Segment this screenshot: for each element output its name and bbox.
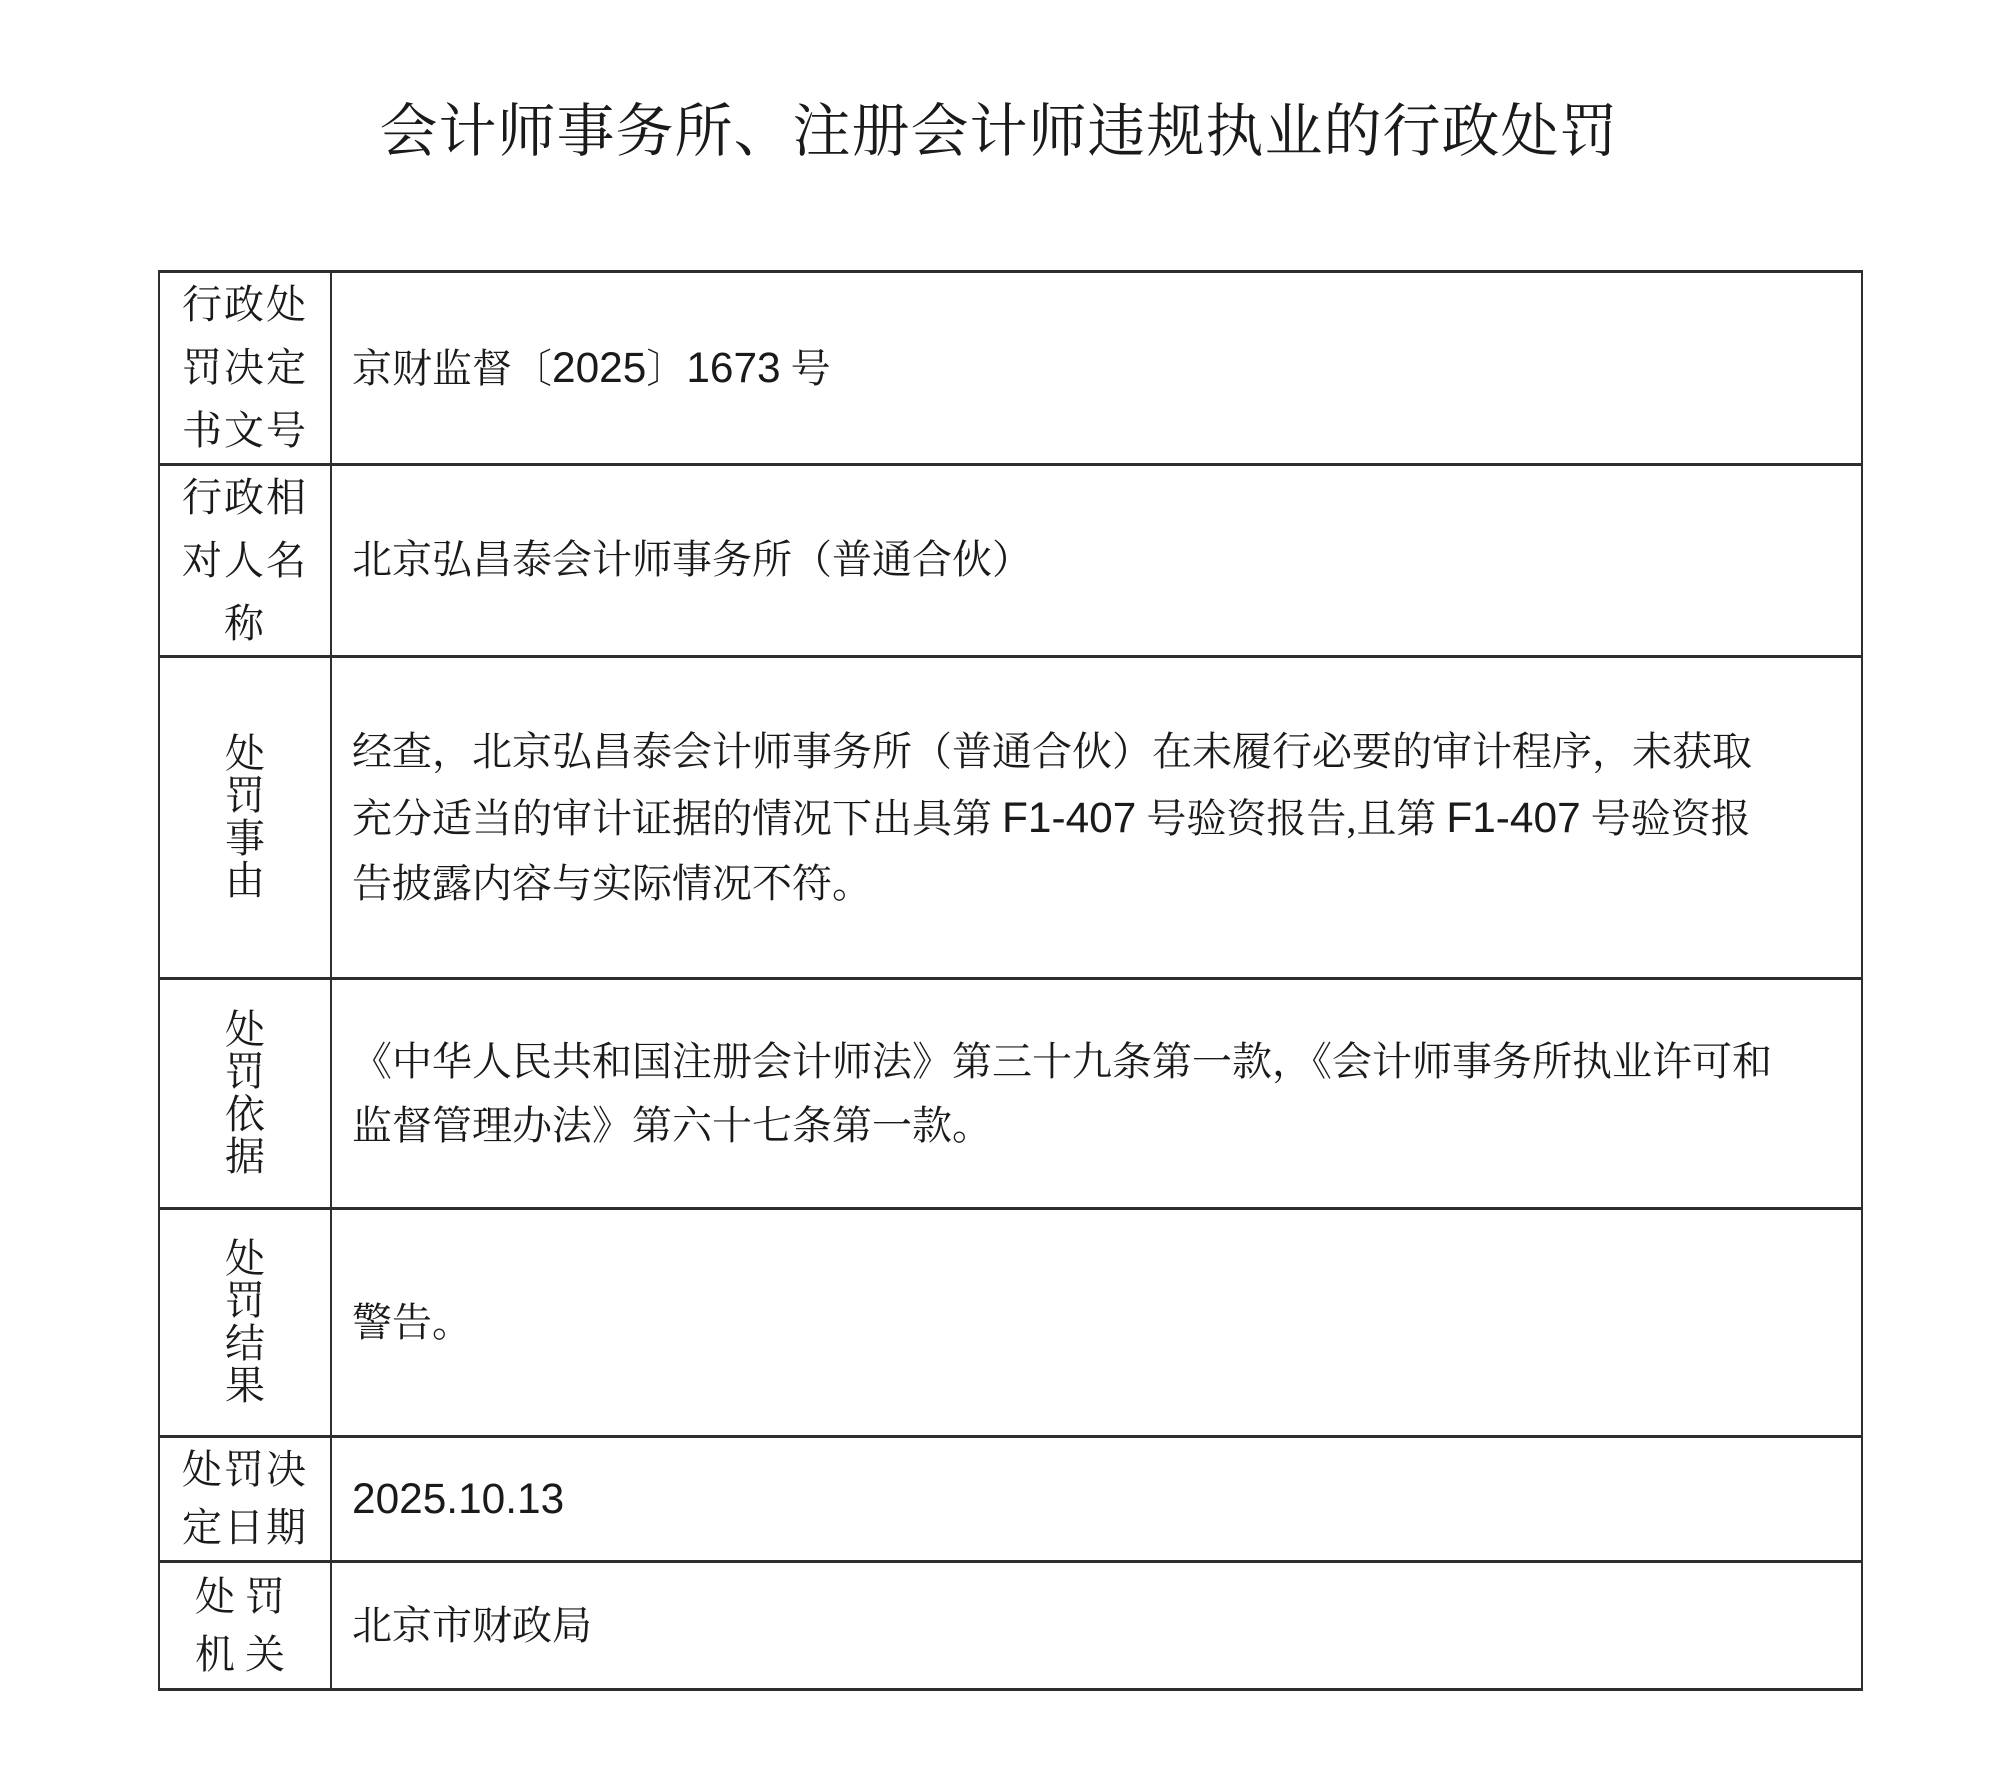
row-penalty-authority: 处罚 机关 北京市财政局 [159, 1562, 1862, 1690]
document-title: 会计师事务所、注册会计师违规执业的行政处罚 [0, 84, 1998, 168]
label-penalty-authority: 处罚 机关 [159, 1562, 331, 1690]
row-penalty-decision-date: 处罚决 定日期 2025.10.13 [159, 1437, 1862, 1562]
label-penalty-basis: 处 罚 依 据 [159, 979, 331, 1209]
label-penalty-decision-number: 行政处 罚决定 书文号 [159, 272, 331, 465]
row-penalty-result: 处 罚 结 果 警告。 [159, 1209, 1862, 1437]
value-penalty-basis: 《中华人民共和国注册会计师法》第三十九条第一款，《会计师事务所执业许可和 监督管… [331, 979, 1862, 1209]
value-party-name: 北京弘昌泰会计师事务所（普通合伙） [331, 464, 1862, 657]
value-penalty-authority: 北京市财政局 [331, 1562, 1862, 1690]
row-penalty-reason: 处 罚 事 由 经查，北京弘昌泰会计师事务所（普通合伙）在未履行必要的审计程序，… [159, 657, 1862, 979]
row-party-name: 行政相 对人名 称 北京弘昌泰会计师事务所（普通合伙） [159, 464, 1862, 657]
label-penalty-result: 处 罚 结 果 [159, 1209, 331, 1437]
row-penalty-decision-number: 行政处 罚决定 书文号 京财监督〔2025〕1673 号 [159, 272, 1862, 465]
value-penalty-result: 警告。 [331, 1209, 1862, 1437]
value-penalty-decision-number: 京财监督〔2025〕1673 号 [331, 272, 1862, 465]
row-penalty-basis: 处 罚 依 据 《中华人民共和国注册会计师法》第三十九条第一款，《会计师事务所执… [159, 979, 1862, 1209]
label-penalty-reason: 处 罚 事 由 [159, 657, 331, 979]
value-penalty-reason: 经查，北京弘昌泰会计师事务所（普通合伙）在未履行必要的审计程序，未获取 充分适当… [331, 657, 1862, 979]
penalty-table: 行政处 罚决定 书文号 京财监督〔2025〕1673 号 行政相 对人名 称 北… [158, 270, 1863, 1691]
label-party-name: 行政相 对人名 称 [159, 464, 331, 657]
label-penalty-decision-date: 处罚决 定日期 [159, 1437, 331, 1562]
value-penalty-decision-date: 2025.10.13 [331, 1437, 1862, 1562]
